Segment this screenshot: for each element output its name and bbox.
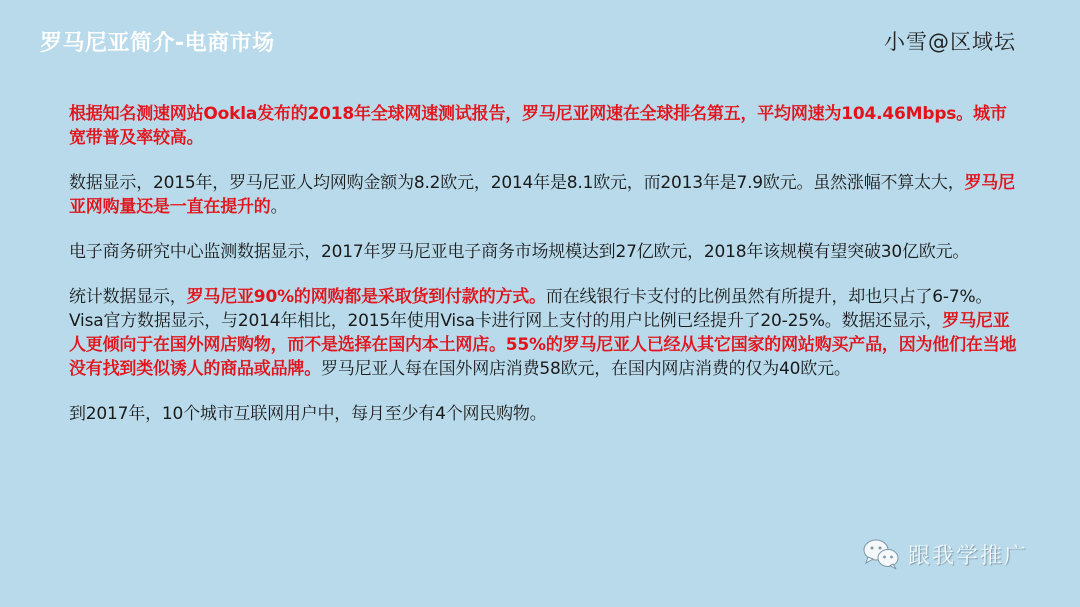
- body-text: 数据显示，2015年，罗马尼亚人均网购金额为8.2欧元，2014年是8.1欧元，…: [69, 173, 965, 193]
- slide-title: 罗马尼亚简介-电商市场: [40, 26, 275, 57]
- slide-body: 根据知名测速网站Ookla发布的2018年全球网速测试报告，罗马尼亚网速在全球排…: [69, 102, 1019, 447]
- highlight-text: 根据知名测速网站Ookla发布的2018年全球网速测试报告，罗马尼亚网速在全球排…: [69, 104, 1007, 148]
- paragraph-per-capita-spending: 数据显示，2015年，罗马尼亚人均网购金额为8.2欧元，2014年是8.1欧元，…: [69, 171, 1019, 219]
- body-text: 电子商务研究中心监测数据显示，2017年罗马尼亚电子商务市场规模达到27亿欧元，…: [69, 242, 969, 262]
- highlight-text: 罗马尼亚90%的网购都是采取货到付款的方式。: [187, 287, 546, 307]
- paragraph-market-size: 电子商务研究中心监测数据显示，2017年罗马尼亚电子商务市场规模达到27亿欧元，…: [69, 240, 1019, 264]
- wechat-icon: [862, 538, 900, 570]
- paragraph-internet-users: 到2017年，10个城市互联网用户中，每月至少有4个网民购物。: [69, 402, 1019, 426]
- watermark: 跟我学推广: [862, 538, 1028, 570]
- slide-author: 小雪@区域坛: [884, 26, 1016, 56]
- watermark-text: 跟我学推广: [908, 539, 1028, 570]
- paragraph-payment-methods: 统计数据显示，罗马尼亚90%的网购都是采取货到付款的方式。而在线银行卡支付的比例…: [69, 285, 1019, 381]
- body-text: 罗马尼亚人每在国外网店消费58欧元，在国内网店消费的仅为40欧元。: [321, 359, 851, 379]
- body-text: 到2017年，10个城市互联网用户中，每月至少有4个网民购物。: [69, 404, 547, 424]
- body-text: 统计数据显示，: [69, 287, 187, 307]
- paragraph-network-speed: 根据知名测速网站Ookla发布的2018年全球网速测试报告，罗马尼亚网速在全球排…: [69, 102, 1019, 150]
- body-text: 。: [271, 197, 288, 217]
